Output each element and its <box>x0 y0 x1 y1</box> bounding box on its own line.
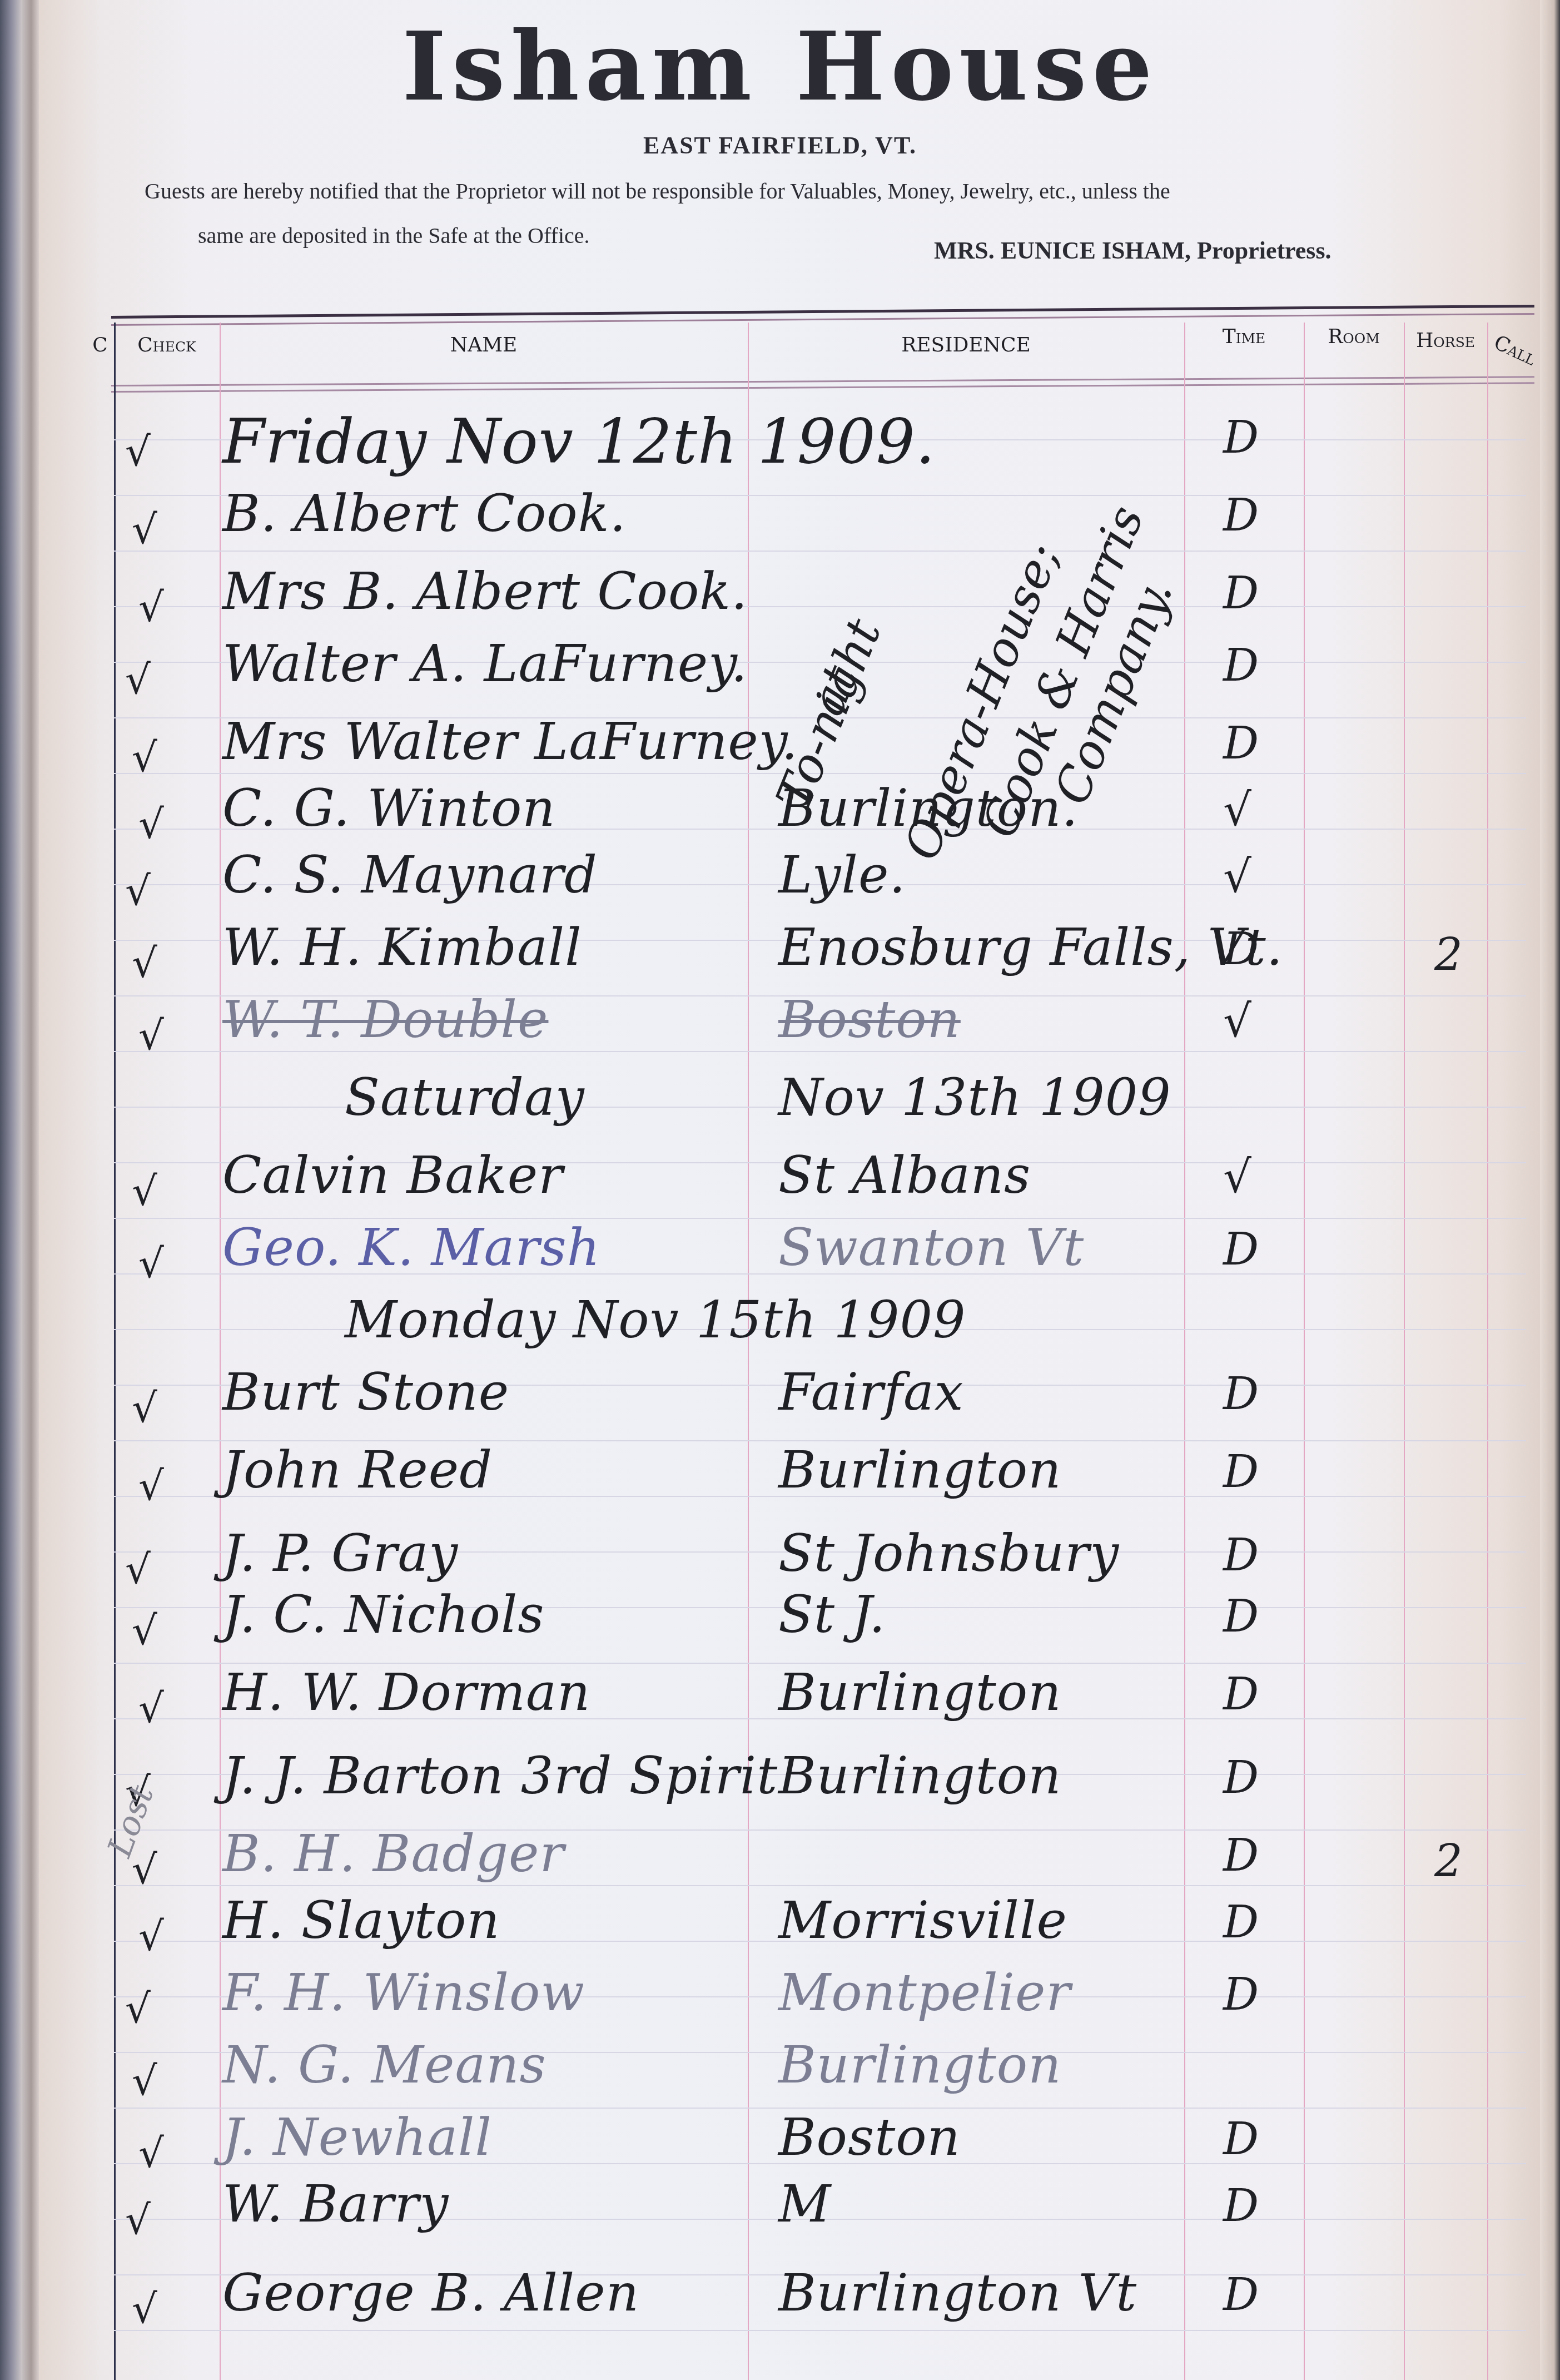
check-mark-icon: √ <box>132 1168 157 1214</box>
guest-name: George B. Allen <box>222 2263 639 2323</box>
time-mark: D <box>1223 489 1259 541</box>
column-header-room: Room <box>1304 325 1404 348</box>
check-mark-icon: √ <box>132 1607 157 1654</box>
check-mark-icon: √ <box>132 1385 157 1431</box>
time-mark: D <box>1223 1969 1259 2020</box>
guest-name: W. H. Kimball <box>222 918 582 977</box>
hotel-location: EAST FAIRFIELD, VT. <box>0 131 1560 160</box>
time-mark: D <box>1223 2180 1259 2232</box>
time-mark: D <box>1223 923 1259 975</box>
guest-residence: M <box>778 2174 831 2234</box>
guest-name: J. P. Gray <box>222 1524 458 1583</box>
guest-name: J. J. Barton 3rd Spirit <box>222 1746 778 1806</box>
horse-count: 2 <box>1434 1835 1463 1887</box>
time-mark: D <box>1223 411 1259 463</box>
ruled-line <box>114 551 1526 552</box>
column-divider-time-left <box>1184 323 1185 2380</box>
check-mark-icon: √ <box>138 1012 164 1059</box>
guest-residence: St Albans <box>778 1146 1031 1205</box>
guest-name: J. C. Nichols <box>222 1585 545 1644</box>
column-divider-residence-left <box>748 323 749 2380</box>
time-mark: D <box>1223 1896 1259 1948</box>
time-mark: D <box>1223 1668 1259 1720</box>
guest-name: J. Newhall <box>222 2108 492 2167</box>
check-mark-icon: √ <box>125 867 151 914</box>
time-mark: D <box>1223 2269 1259 2320</box>
time-mark: D <box>1223 1446 1259 1498</box>
column-divider-name-left <box>220 323 221 2380</box>
guest-name: W. T. Double <box>222 990 548 1049</box>
book-binding <box>0 0 39 2380</box>
time-mark: D <box>1223 1590 1259 1642</box>
time-mark: D <box>1223 1368 1259 1420</box>
time-mark: D <box>1223 1529 1259 1581</box>
check-mark-icon: √ <box>132 734 157 781</box>
time-mark: D <box>1223 717 1259 769</box>
guest-residence: Burlington <box>778 1663 1061 1722</box>
guest-name: Mrs Walter LaFurney. <box>222 712 798 771</box>
guest-name: H. Slayton <box>222 1891 500 1950</box>
guest-name: Calvin Baker <box>222 1146 563 1205</box>
guest-residence: Burlington <box>778 1746 1061 1806</box>
check-mark-icon: √ <box>132 2285 157 2332</box>
guest-residence: Montpelier <box>778 1963 1071 2022</box>
guest-name: W. Barry <box>222 2174 449 2234</box>
guest-residence: Morrisville <box>778 1891 1067 1950</box>
check-mark-icon: √ <box>138 584 164 631</box>
check-mark-icon: √ <box>138 1913 164 1960</box>
ruled-line <box>114 1051 1526 1052</box>
time-mark: D <box>1223 567 1259 619</box>
check-mark-icon: √ <box>138 1685 164 1732</box>
column-header-c: C <box>89 334 111 356</box>
proprietor-name: MRS. EUNICE ISHAM, Proprietress. <box>934 236 1332 265</box>
page-edge <box>1540 0 1560 2380</box>
column-divider-room-left <box>1304 323 1305 2380</box>
check-mark-icon: √ <box>125 656 151 703</box>
date-heading: Saturday <box>345 1068 585 1127</box>
horse-count: 2 <box>1434 929 1463 980</box>
time-mark: D <box>1223 1223 1259 1275</box>
check-mark-icon: √ <box>138 1240 164 1287</box>
time-mark: D <box>1223 1829 1259 1881</box>
time-mark: √ <box>1223 995 1251 1047</box>
guest-residence: Burlington Vt <box>778 2263 1137 2323</box>
guest-name: Geo. K. Marsh <box>222 1218 600 1277</box>
column-header-horse: Horse <box>1404 329 1487 352</box>
guest-name: N. G. Means <box>222 2035 547 2095</box>
column-divider-check-left <box>114 323 116 2380</box>
check-mark-icon: √ <box>125 428 151 475</box>
time-mark: √ <box>1223 851 1251 903</box>
time-mark: √ <box>1223 784 1251 836</box>
time-mark: √ <box>1223 1151 1251 1203</box>
guest-name: Burt Stone <box>222 1362 509 1422</box>
column-divider-call-left <box>1487 323 1488 2380</box>
guest-residence: Swanton Vt <box>778 1218 1084 1277</box>
check-mark-icon: √ <box>132 506 157 553</box>
guest-residence: St J. <box>778 1585 886 1644</box>
guest-residence: Burlington <box>778 1440 1061 1500</box>
date-heading: Monday Nov 15th 1909 <box>345 1290 966 1350</box>
guest-residence: St Johnsbury <box>778 1524 1119 1583</box>
check-mark-icon: √ <box>132 2057 157 2104</box>
time-mark: D <box>1223 2113 1259 2165</box>
date-heading: Friday Nov 12th 1909. <box>222 406 936 477</box>
hotel-name: Isham House <box>0 11 1560 122</box>
guest-name: F. H. Winslow <box>222 1963 585 2022</box>
check-mark-icon: √ <box>125 1985 151 2032</box>
guest-name: H. W. Dorman <box>222 1663 590 1722</box>
column-divider-horse-left <box>1404 323 1405 2380</box>
guest-name: C. S. Maynard <box>222 845 598 905</box>
guest-residence: Enosburg Falls, Vt. <box>778 918 1283 977</box>
column-header-name: NAME <box>220 334 748 356</box>
check-mark-icon: √ <box>138 2130 164 2176</box>
guest-residence: Lyle. <box>778 845 906 905</box>
guest-residence: Boston <box>778 2108 961 2167</box>
guest-residence: Burlington <box>778 2035 1061 2095</box>
time-mark: D <box>1223 639 1259 691</box>
check-mark-icon: √ <box>125 2196 151 2243</box>
ruled-line <box>114 2330 1526 2331</box>
valuables-notice-line2: same are deposited in the Safe at the Of… <box>198 222 590 249</box>
time-mark: D <box>1223 1752 1259 1803</box>
guest-name: B. H. Badger <box>222 1824 564 1883</box>
guest-residence: Fairfax <box>778 1362 964 1422</box>
guest-residence: Nov 13th 1909 <box>778 1068 1171 1127</box>
check-mark-icon: √ <box>125 1546 151 1593</box>
check-mark-icon: √ <box>138 1462 164 1509</box>
check-mark-icon: √ <box>132 940 157 986</box>
guest-name: C. G. Winton <box>222 779 556 838</box>
guest-name: Mrs B. Albert Cook. <box>222 562 748 621</box>
check-mark-icon: √ <box>138 801 164 847</box>
valuables-notice-line1: Guests are hereby notified that the Prop… <box>145 178 1170 204</box>
guest-name: B. Albert Cook. <box>222 484 627 543</box>
guest-name: John Reed <box>222 1440 493 1500</box>
guest-residence: Boston <box>778 990 961 1049</box>
column-header-check: Check <box>114 334 220 356</box>
ruled-line <box>114 1885 1526 1886</box>
column-header-residence: RESIDENCE <box>748 334 1184 356</box>
guest-name: Walter A. LaFurney. <box>222 634 748 693</box>
column-header-time: Time <box>1184 325 1304 348</box>
